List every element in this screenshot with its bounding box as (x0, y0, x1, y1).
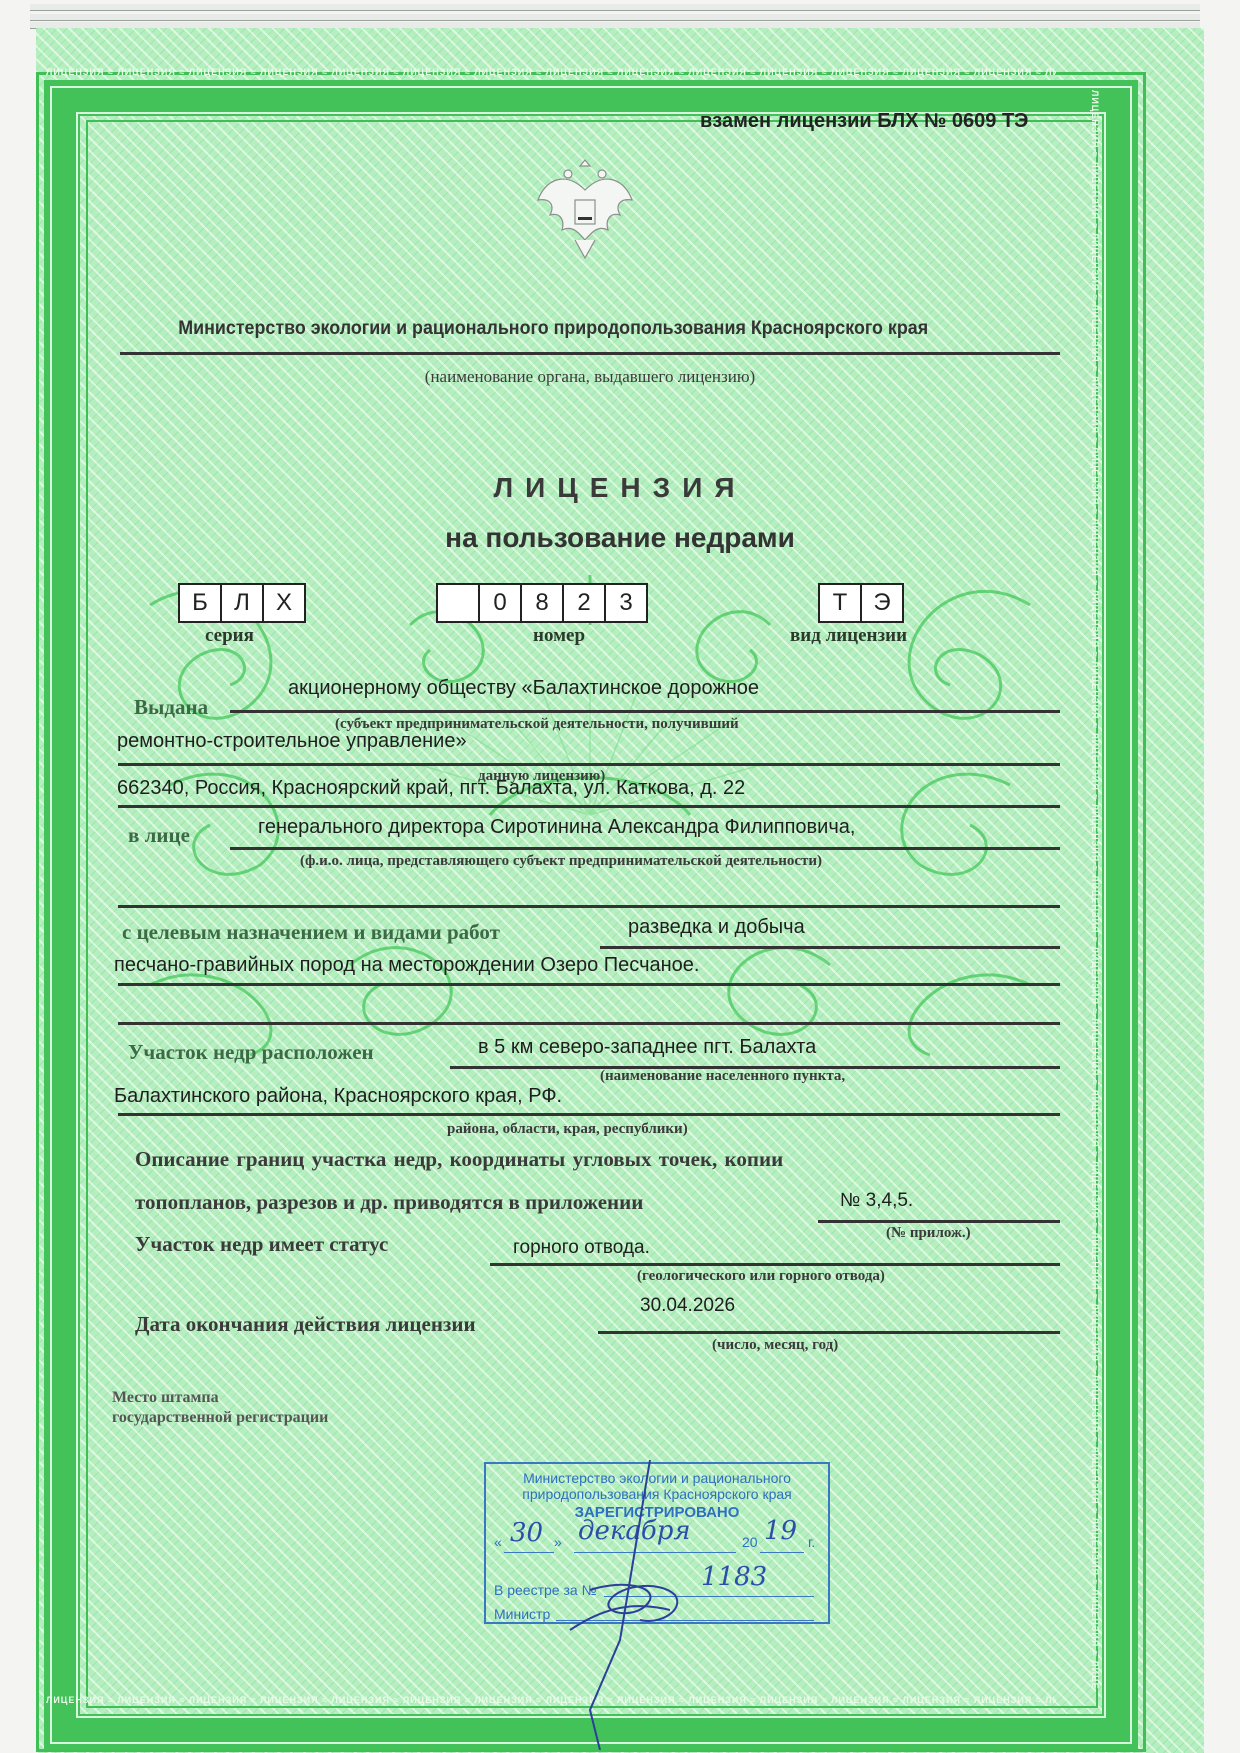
underline (118, 1113, 1060, 1116)
underline (600, 946, 1060, 949)
type-boxes: ТЭ (820, 583, 904, 623)
underline (120, 352, 1060, 355)
represented-by-value: генерального директора Сиротинина Алекса… (258, 816, 855, 839)
border-text-top: ЛИЦЕНЗИЯ ≈ ЛИЦЕНЗИЯ ≈ ЛИЦЕНЗИЯ ≈ ЛИЦЕНЗИ… (46, 62, 1056, 82)
number-char-box: 8 (520, 583, 564, 623)
number-char-box (436, 583, 480, 623)
underline (818, 1220, 1060, 1223)
location-label: Участок недр расположен (128, 1040, 374, 1065)
status-hint: (геологического или горного отвода) (637, 1268, 885, 1285)
paper-edge (30, 4, 1200, 11)
location-value-2: Балахтинского района, Красноярского края… (114, 1085, 562, 1108)
guilloche-ornament-icon (110, 565, 1070, 1065)
replaces-license-note: взамен лицензии БЛХ № 0609 ТЭ (700, 110, 1028, 133)
underline (490, 1263, 1060, 1266)
underline (118, 805, 1060, 808)
underline (118, 1022, 1060, 1025)
stamp-place-line-1: Место штампа (112, 1389, 219, 1407)
issued-to-label: Выдана (134, 695, 208, 720)
issuing-body-hint: (наименование органа, выдавшего лицензию… (0, 367, 1180, 387)
number-char-box: 0 (478, 583, 522, 623)
stamp-minister-label: Министр (494, 1606, 550, 1622)
issuing-body: Министерство экологии и рационального пр… (102, 318, 1004, 340)
issued-to-value-2: ремонтно-строительное управление» (117, 730, 467, 753)
handwritten-signature-icon (560, 1460, 760, 1750)
expiry-hint: (число, месяц, год) (712, 1337, 838, 1354)
status-value: горного отвода. (513, 1237, 650, 1259)
location-hint-2: района, области, края, республики) (447, 1121, 688, 1138)
underline (118, 763, 1060, 766)
appendix-value: № 3,4,5. (840, 1190, 913, 1212)
purpose-value-2: песчано-гравийных пород на месторождении… (114, 954, 699, 977)
type-label: вид лицензии (790, 625, 907, 647)
appendix-hint: (№ прилож.) (886, 1225, 971, 1242)
appendix-text-2: топопланов, разрезов и др. приводятся в … (135, 1190, 643, 1215)
series-char-box: Б (178, 583, 222, 623)
series-char-box: Х (262, 583, 306, 623)
represented-by-label: в лице (128, 823, 190, 848)
document-subtitle: на пользование недрами (0, 522, 1240, 554)
represented-by-hint: (ф.и.о. лица, представляющего субъект пр… (300, 853, 822, 870)
underline (230, 847, 1060, 850)
number-boxes: 0823 (438, 583, 648, 623)
location-value-1: в 5 км северо-западнее пгт. Балахта (478, 1036, 816, 1059)
underline (118, 983, 1060, 986)
russian-coat-of-arms-icon (530, 150, 640, 265)
purpose-value-1: разведка и добыча (628, 916, 805, 939)
appendix-text-1: Описание границ участка недр, координаты… (135, 1147, 783, 1172)
underline (598, 1331, 1060, 1334)
status-label: Участок недр имеет статус (135, 1232, 388, 1257)
border-text-bottom: ЛИЦЕНЗИЯ ≈ ЛИЦЕНЗИЯ ≈ ЛИЦЕНЗИЯ ≈ ЛИЦЕНЗИ… (46, 1690, 1056, 1710)
border-text-right: ЛИЦЕНЗИЯ ≈ ЛИЦЕНЗИЯ ≈ ЛИЦЕНЗИЯ ≈ ЛИЦЕНЗИ… (1080, 90, 1100, 1690)
stamp-year-suffix: 19 (764, 1516, 797, 1546)
number-label: номер (533, 625, 585, 647)
expiry-value: 30.04.2026 (640, 1295, 735, 1317)
number-char-box: 3 (604, 583, 648, 623)
document-title: ЛИЦЕНЗИЯ (0, 472, 1240, 504)
type-char-box: Э (860, 583, 904, 623)
underline (118, 905, 1060, 908)
stamp-year-mark: г. (808, 1534, 815, 1550)
type-char-box: Т (818, 583, 862, 623)
address-value: 662340, Россия, Красноярский край, пгт. … (117, 777, 745, 800)
stamp-day: 30 (510, 1518, 543, 1548)
number-char-box: 2 (562, 583, 606, 623)
series-boxes: БЛХ (180, 583, 306, 623)
paper-edge (30, 14, 1200, 21)
underline (230, 710, 1060, 713)
purpose-label: с целевым назначением и видами работ (122, 920, 500, 945)
issued-to-value-1: акционерному обществу «Балахтинское доро… (288, 677, 759, 700)
location-hint-1: (наименование населенного пункта, (600, 1068, 845, 1085)
series-char-box: Л (220, 583, 264, 623)
stamp-place-line-2: государственной регистрации (112, 1409, 328, 1427)
series-label: серия (205, 625, 254, 647)
expiry-label: Дата окончания действия лицензии (135, 1312, 476, 1337)
